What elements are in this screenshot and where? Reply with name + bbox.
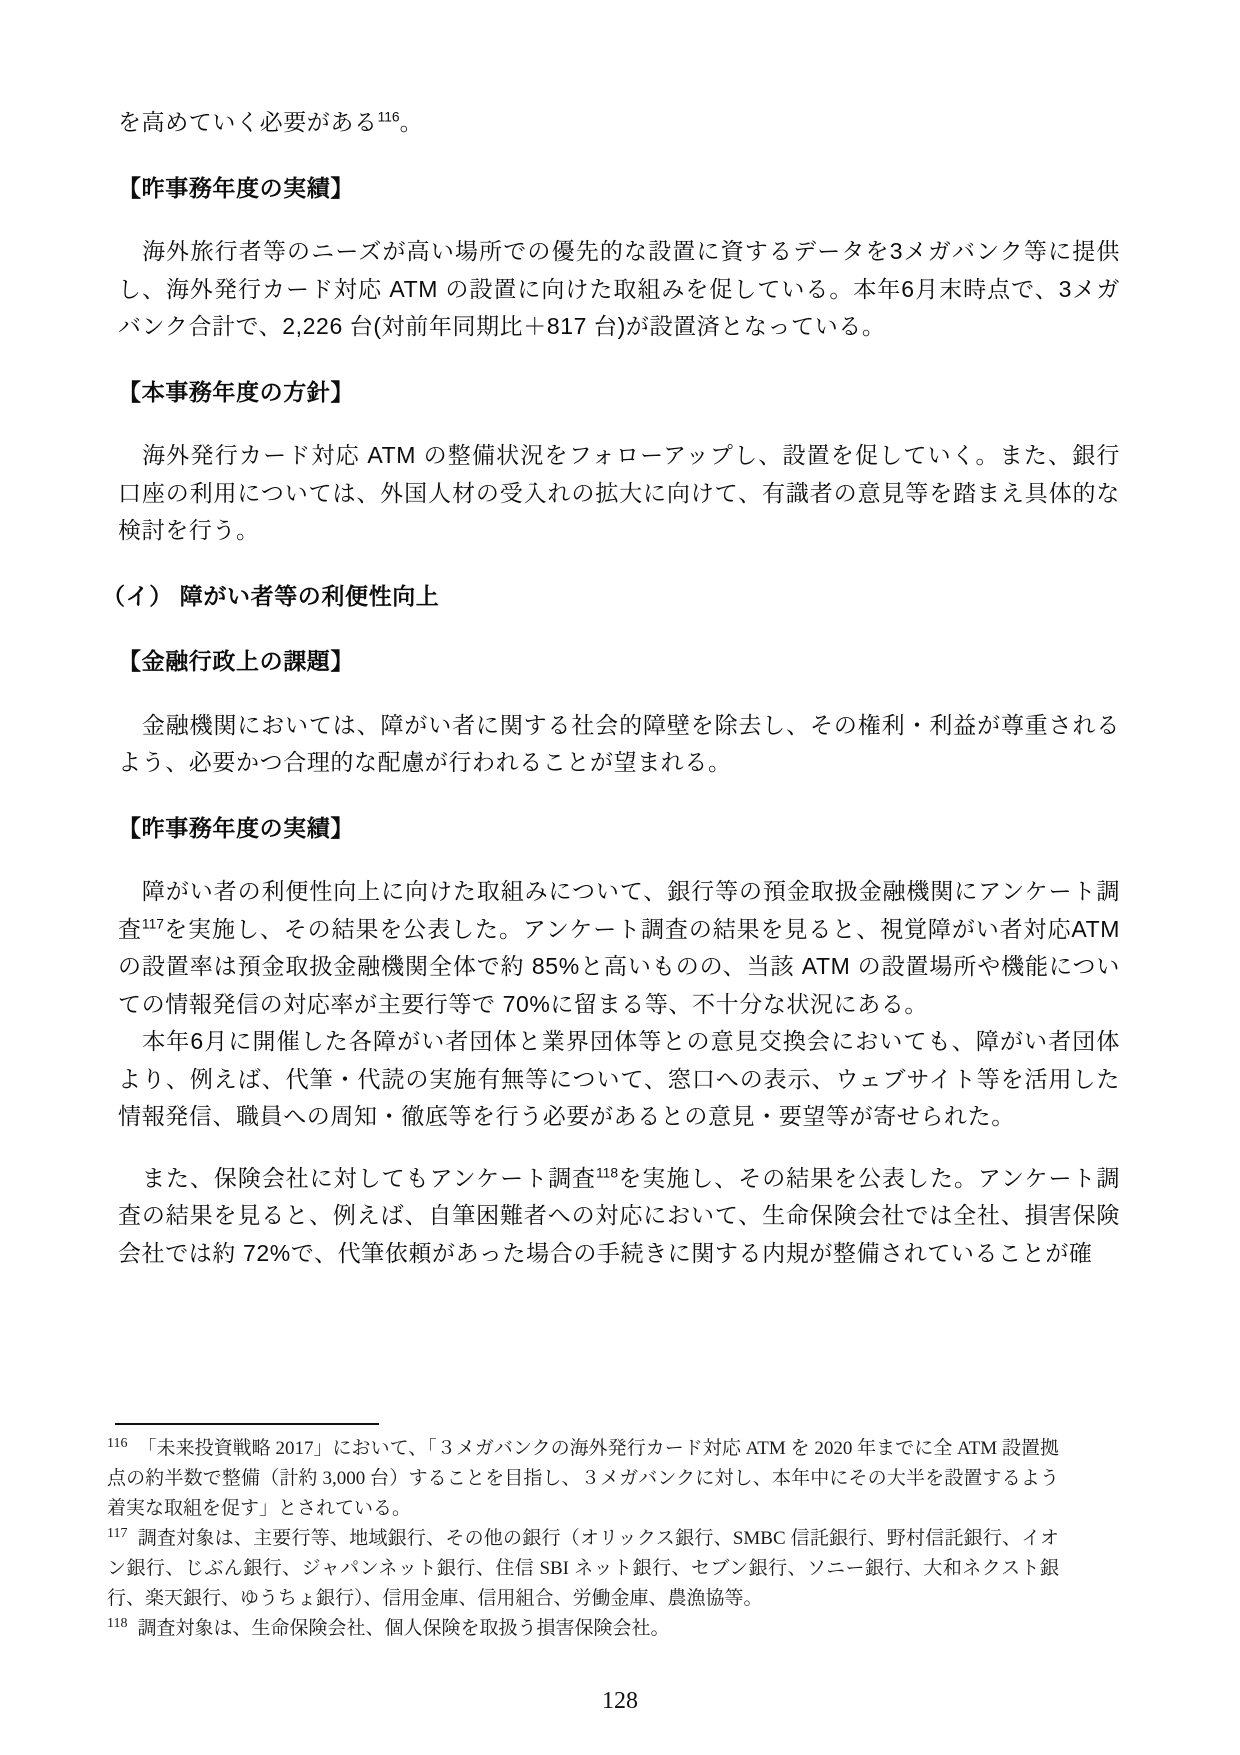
page-number: 128 (0, 1688, 1240, 1715)
paragraph: 障がい者の利便性向上に向けた取組みについて、銀行等の預金取扱金融機関にアンケート… (118, 873, 1120, 1023)
footnote-ref: 117 (142, 916, 164, 931)
paragraph: 本年6月に開催した各障がい者団体と業界団体等との意見交換会においても、障がい者団… (118, 1023, 1120, 1136)
text-run: 【金融行政上の課題】 (118, 648, 354, 674)
heading: 【昨事務年度の実績】 (118, 170, 1120, 208)
text-run: また、保険会社に対してもアンケート調査 (118, 1165, 596, 1191)
footnotes-section: 116「未来投資戦略 2017」において、「３メガバンクの海外発行カード対応 A… (107, 1423, 1059, 1644)
heading: 【金融行政上の課題】 (118, 643, 1120, 681)
section-heading: （イ） 障がい者等の利便性向上 (102, 578, 1120, 616)
footnote-number: 118 (107, 1616, 137, 1631)
heading: 【昨事務年度の実績】 (118, 810, 1120, 848)
footnote-number: 116 (107, 1436, 137, 1451)
paragraph: また、保険会社に対してもアンケート調査118を実施し、その結果を公表した。アンケ… (118, 1160, 1120, 1273)
footnote-text: 「未来投資戦略 2017」において、「３メガバンクの海外発行カード対応 ATM … (107, 1438, 1059, 1519)
heading: 【本事務年度の方針】 (118, 374, 1120, 412)
text-run: を高めていく必要がある (118, 109, 378, 135)
footnote-text: 調査対象は、生命保険会社、個人保険を取扱う損害保険会社。 (137, 1618, 669, 1639)
text-run: 本年6月に開催した各障がい者団体と業界団体等との意見交換会においても、障がい者団… (118, 1028, 1120, 1129)
footnote-number: 117 (107, 1526, 137, 1541)
document-body: を高めていく必要がある116。【昨事務年度の実績】 海外旅行者等のニーズが高い場… (118, 104, 1120, 1272)
footnote: 116「未来投資戦略 2017」において、「３メガバンクの海外発行カード対応 A… (107, 1434, 1059, 1524)
paragraph: 金融機関においては、障がい者に関する社会的障壁を除去し、その権利・利益が尊重され… (118, 707, 1120, 782)
paragraph: 海外発行カード対応 ATM の整備状況をフォローアップし、設置を促していく。また… (118, 437, 1120, 550)
footnote: 118調査対象は、生命保険会社、個人保険を取扱う損害保険会社。 (107, 1614, 1059, 1644)
text-run: 。 (400, 109, 424, 135)
text-run: 海外旅行者等のニーズが高い場所での優先的な設置に資するデータを3メガバンク等に提… (118, 238, 1120, 339)
footnotes-list: 116「未来投資戦略 2017」において、「３メガバンクの海外発行カード対応 A… (107, 1434, 1059, 1644)
paragraph: 海外旅行者等のニーズが高い場所での優先的な設置に資するデータを3メガバンク等に提… (118, 233, 1120, 346)
text-run: 【本事務年度の方針】 (118, 379, 354, 405)
document-page: を高めていく必要がある116。【昨事務年度の実績】 海外旅行者等のニーズが高い場… (0, 0, 1240, 1755)
footnote-separator (115, 1423, 379, 1425)
footnote-ref: 116 (378, 109, 400, 124)
footnote-ref: 118 (596, 1165, 618, 1180)
text-run: 【昨事務年度の実績】 (118, 175, 354, 201)
paragraph: を高めていく必要がある116。 (118, 104, 1120, 142)
text-run: （イ） 障がい者等の利便性向上 (102, 583, 439, 609)
text-run: 金融機関においては、障がい者に関する社会的障壁を除去し、その権利・利益が尊重され… (118, 712, 1120, 776)
text-run: 海外発行カード対応 ATM の整備状況をフォローアップし、設置を促していく。また… (118, 442, 1120, 543)
footnote-text: 調査対象は、主要行等、地域銀行、その他の銀行（オリックス銀行、SMBC 信託銀行… (107, 1528, 1059, 1609)
footnote: 117調査対象は、主要行等、地域銀行、その他の銀行（オリックス銀行、SMBC 信… (107, 1524, 1059, 1614)
text-run: を実施し、その結果を公表した。アンケート調査の結果を見ると、視覚障がい者対応AT… (118, 916, 1120, 1017)
text-run: 【昨事務年度の実績】 (118, 815, 354, 841)
